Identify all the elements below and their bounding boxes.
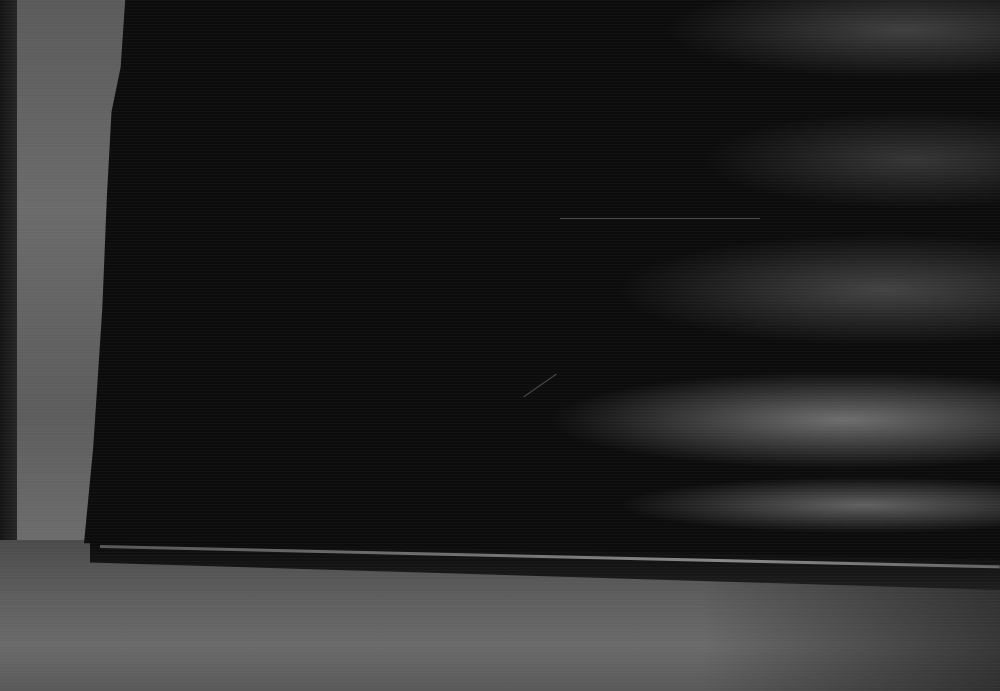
photo-scene [0,0,1000,691]
scratch-line [560,218,760,219]
object-gloss-reflection [84,0,1000,560]
